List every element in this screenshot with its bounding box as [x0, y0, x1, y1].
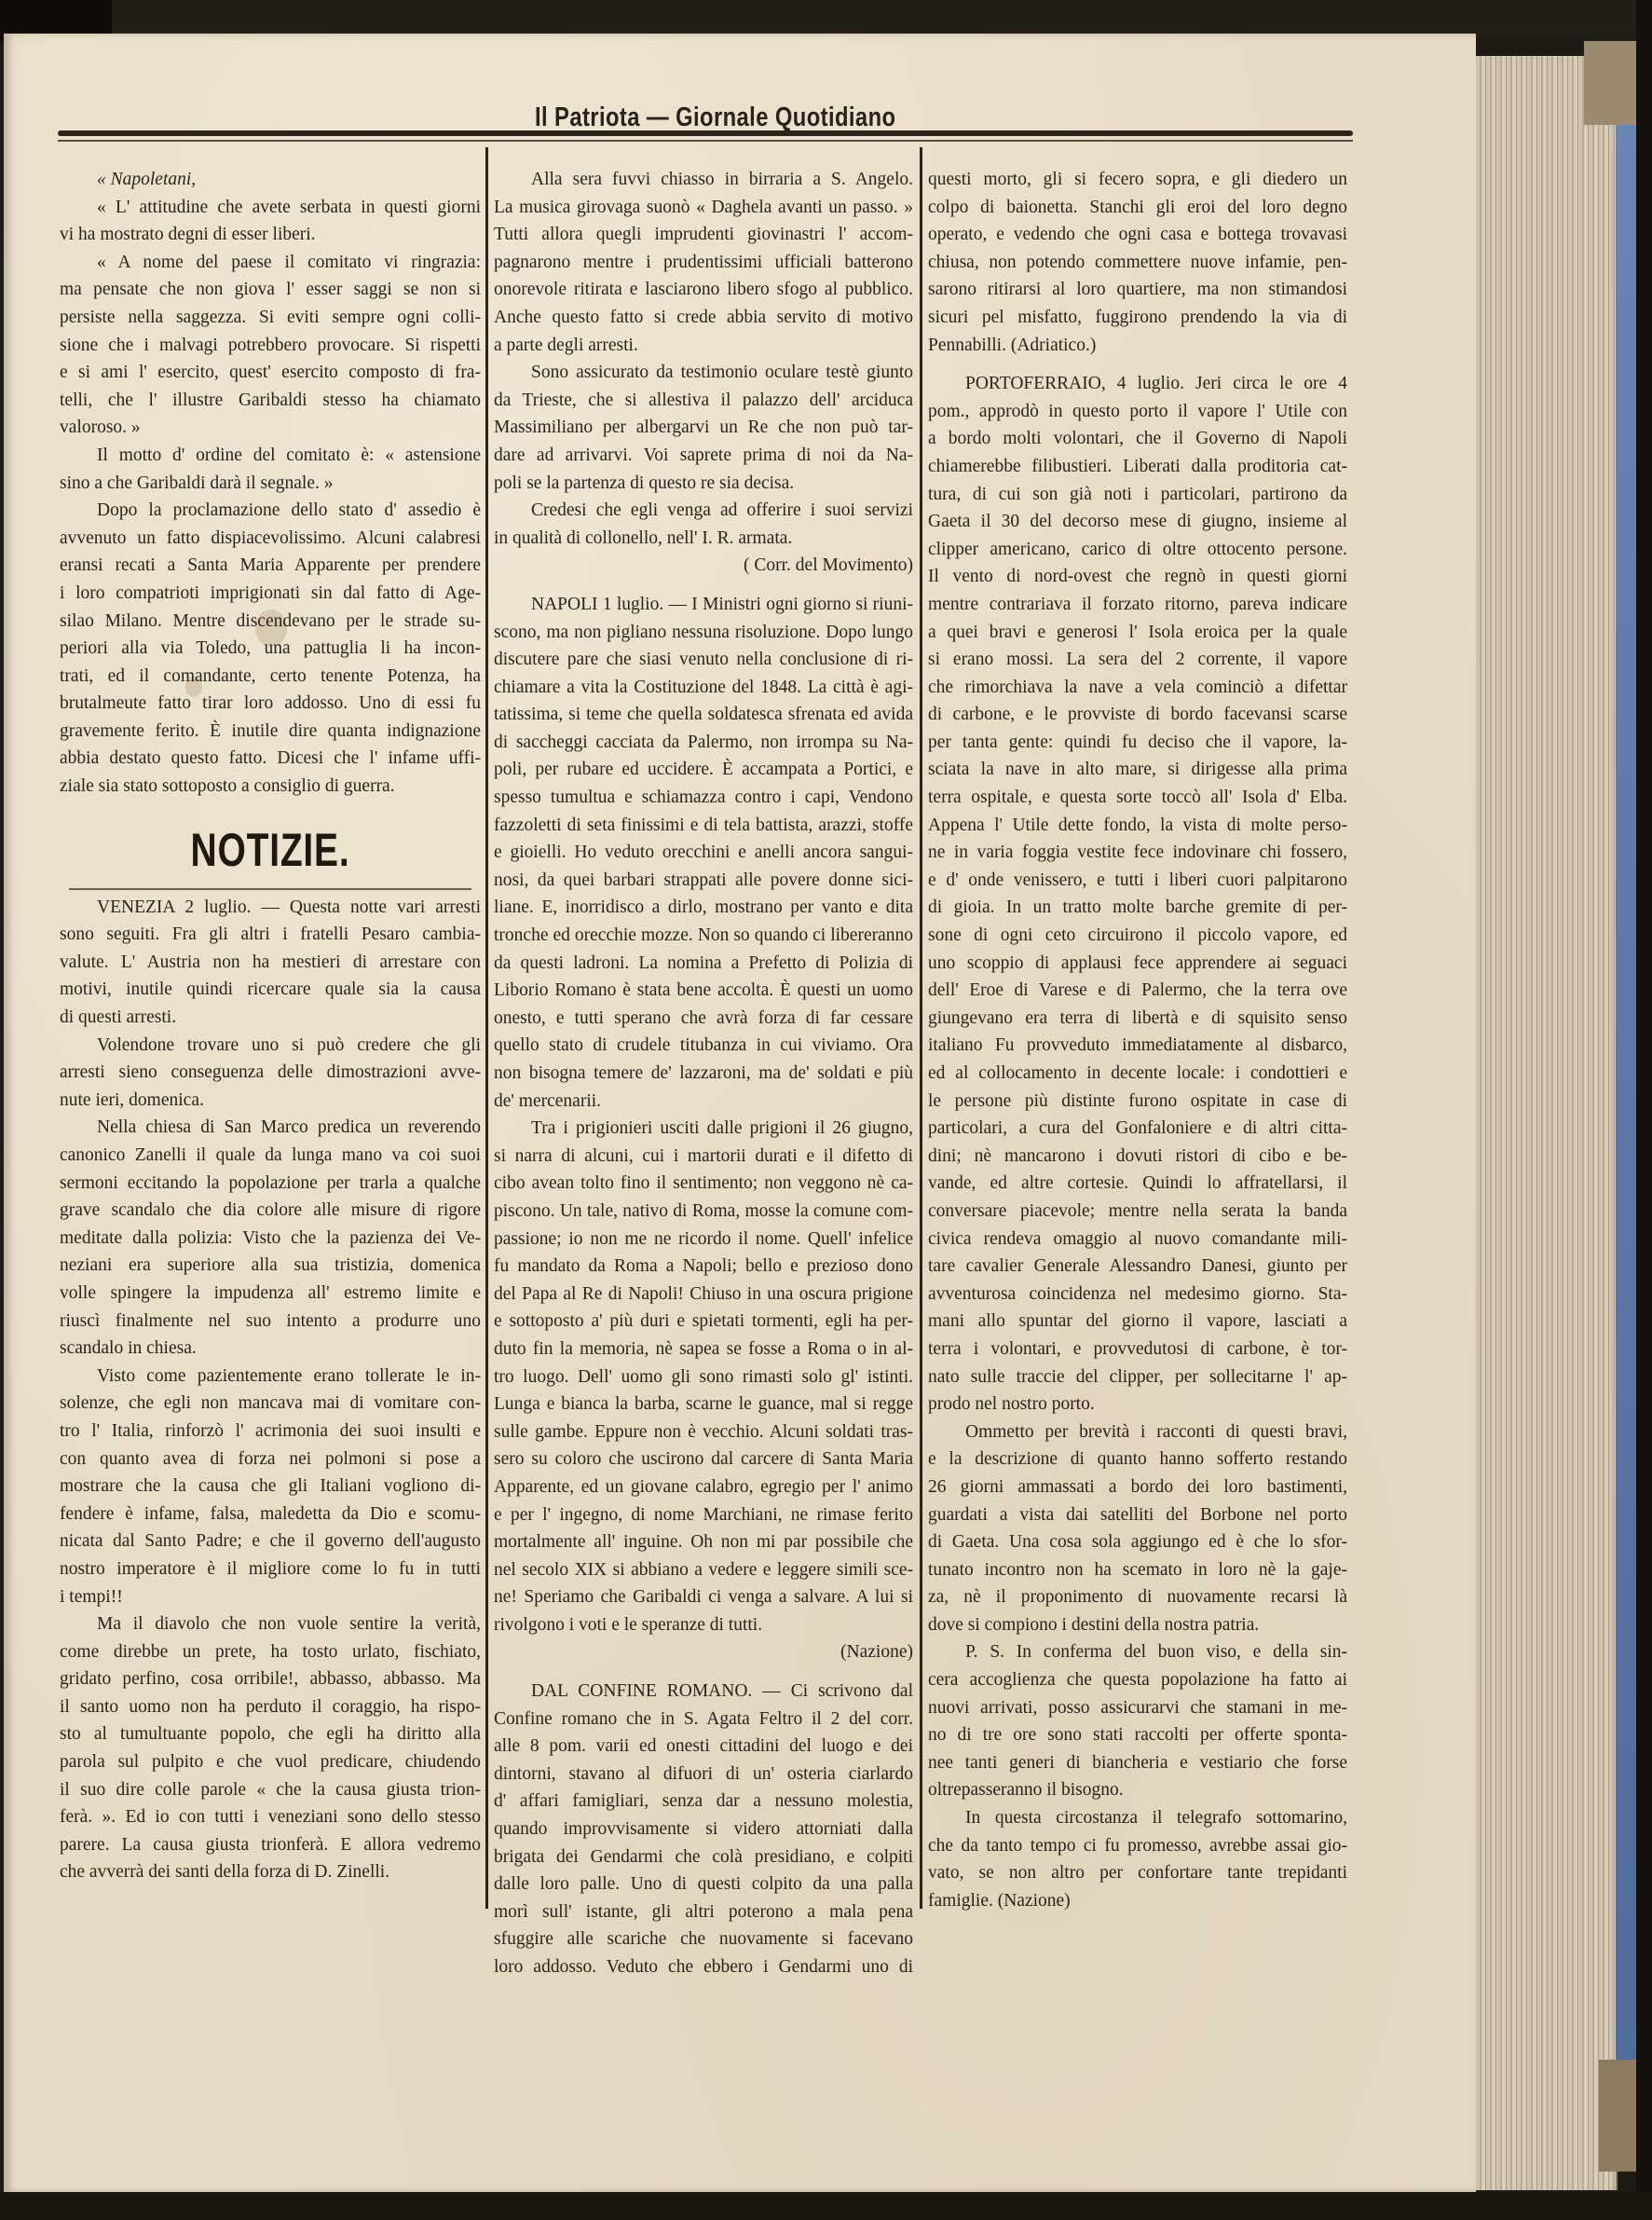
- text-line: famiglie. (Nazione): [928, 1887, 1347, 1915]
- text-line: persiste nella saggezza. Si eviti sempre…: [60, 304, 481, 332]
- text-line: Tra i prigionieri usciti dalle prigioni …: [494, 1115, 913, 1143]
- text-line: si narra di alcuni, cui i martorii durat…: [494, 1143, 913, 1171]
- text-line: Visto come pazientemente erano tollerate…: [60, 1363, 481, 1391]
- text-line: NAPOLI 1 luglio. — I Ministri ogni giorn…: [494, 591, 913, 619]
- text-line: dalle loro palle. Uno di questi colpito …: [494, 1871, 913, 1898]
- scan-frame-right: [1636, 0, 1652, 2220]
- text-line: nicata dal Santo Padre; e che il governo…: [60, 1528, 481, 1555]
- text-line: Massimiliano per albergarvi un Re che no…: [494, 414, 913, 442]
- text-line: brigata dei Gendarmi che colà presidiano…: [494, 1843, 913, 1871]
- text-line: Liborio Romano è stata bene accolta. È q…: [494, 977, 913, 1005]
- text-line: mostrare che la causa che gli Italiani v…: [60, 1473, 481, 1501]
- text-line: a quei bravi e generosi l' Isola eroica …: [928, 619, 1347, 647]
- text-line: sto al tumultuante popolo, che egli ha d…: [60, 1720, 481, 1748]
- text-line: di Gaeta. Una cosa sola aggiungo ed è ch…: [928, 1528, 1347, 1556]
- text-line: canonico Zanelli il quale da lunga mano …: [60, 1142, 481, 1170]
- text-line: dintorni, stavano al difuori di un' oste…: [494, 1761, 913, 1788]
- text-line: ferà. ». Ed io con tutti i veneziani son…: [60, 1803, 481, 1831]
- text-line: tro luogo. Dell' uomo gli sono rimasti s…: [494, 1364, 913, 1391]
- text-line: chiusa, non potendo commettere nuove inf…: [928, 249, 1347, 277]
- text-line: civica rendeva omaggio al nuovo comandan…: [928, 1226, 1347, 1254]
- text-line: « A nome del paese il comitato vi ringra…: [60, 249, 481, 277]
- text-line: vande, ed altre cortesie. Quindi lo affr…: [928, 1170, 1347, 1198]
- text-line: spesso tumultua e schiamazza contro i ca…: [494, 784, 913, 812]
- text-line: in qualità di collonello, nell' I. R. ar…: [494, 525, 913, 553]
- text-line: operato, e vedendo che ogni casa e botte…: [928, 221, 1347, 249]
- text-line: pagnarono mentre i prudentissimi ufficia…: [494, 249, 913, 277]
- text-line: duto fin la memoria, nè sapea se fosse a…: [494, 1336, 913, 1364]
- text-line: che avverrà dei santi della forza di D. …: [60, 1858, 481, 1886]
- text-line: Pennabilli. (Adriatico.): [928, 332, 1347, 360]
- text-line: italiano Fu provveduto immediatamente al…: [928, 1032, 1347, 1060]
- text-line: da Trieste, che si allestiva il palazzo …: [494, 387, 913, 415]
- text-line: d' affari famigliari, senza dar a nessun…: [494, 1788, 913, 1816]
- text-line: prodo nel nostro porto.: [928, 1391, 1347, 1418]
- text-line: trati, ed il comandante, certo tenente P…: [60, 663, 481, 691]
- text-line: Lunga e bianca la barba, scarne le guanc…: [494, 1391, 913, 1418]
- text-line: Appena l' Utile dette fondo, la vista di…: [928, 812, 1347, 840]
- text-line: il suo dire colle parole « che la causa …: [60, 1776, 481, 1804]
- text-line: passione; io non me ne ricordo il nome. …: [494, 1226, 913, 1254]
- text-line: e d' onde venissero, e tutti i liberi cu…: [928, 867, 1347, 895]
- text-line: Alla sera fuvvi chiasso in birraria a S.…: [494, 166, 913, 194]
- text-line: discutere pare che siasi venuto nella co…: [494, 646, 913, 674]
- text-line: colpo di baionetta. Stanchi gli eroi del…: [928, 194, 1347, 222]
- text-line: poli se la partenza di questo re sia dec…: [494, 470, 913, 498]
- text-line: avvenuto un fatto dispiacevolissimo. Alc…: [60, 525, 481, 553]
- text-line: sicuri pel misfatto, fuggirono prendendo…: [928, 304, 1347, 332]
- article-column-3: questi morto, gli si fecero sopra, e gli…: [928, 166, 1347, 1914]
- text-line: Anche questo fatto si crede abbia servit…: [494, 304, 913, 332]
- text-line: Credesi che egli venga ad offerire i suo…: [494, 497, 913, 525]
- text-line: « L' attitudine che avete serbata in que…: [60, 194, 481, 222]
- book-page-edges: [1476, 56, 1618, 2190]
- text-line: a bordo molti volontari, che il Governo …: [928, 425, 1347, 453]
- text-line: avventurosa coincidenza nel medesimo gio…: [928, 1281, 1347, 1309]
- text-line: sione che i malvagi potrebbero provocare…: [60, 332, 481, 360]
- text-line: scandalo in chiesa.: [60, 1335, 481, 1363]
- text-line: per tanta gente: quindi fu deciso che il…: [928, 729, 1347, 757]
- text-line: terra i volontari, e provvedutosi di car…: [928, 1336, 1347, 1364]
- text-line: nel secolo XIX si abbiano a vedere e leg…: [494, 1556, 913, 1584]
- text-line: Gaeta il 30 del decorso mese di giugno, …: [928, 508, 1347, 536]
- text-line: liane. E, inorridisco a dirlo, mostrano …: [494, 894, 913, 922]
- text-line: « Napoletani,: [60, 166, 481, 194]
- text-line: tatissima, si teme che quella soldatesca…: [494, 701, 913, 729]
- text-line: neziani era superiore alla sua tristizia…: [60, 1252, 481, 1280]
- text-line: parola sul pulpito e che vuol predicare,…: [60, 1748, 481, 1776]
- text-line: eransi recati a Santa Maria Apparente pe…: [60, 552, 481, 580]
- text-line: nato sulle traccie del clipper, per soll…: [928, 1364, 1347, 1391]
- text-line: loro addosso. Veduto che ebbero i Gendar…: [494, 1953, 913, 1981]
- text-line: sfuggire alle scariche che nuovamente si…: [494, 1925, 913, 1953]
- text-line: Nella chiesa di San Marco predica un rev…: [60, 1114, 481, 1142]
- book-cover-spine: [1616, 41, 1636, 2157]
- text-line: che da tanto tempo ci fu promesso, avreb…: [928, 1832, 1347, 1860]
- text-line: tronche ed orecchie mozze. Non so quando…: [494, 922, 913, 950]
- text-line: alle 8 pom. varii ed onesti cittadini de…: [494, 1733, 913, 1761]
- text-line: sone di ogni ceto circuirono il piccolo …: [928, 922, 1347, 950]
- text-line: Sono assicurato da testimonio oculare te…: [494, 359, 913, 387]
- text-line: terra ospitale, e questa sorte toccò all…: [928, 784, 1347, 812]
- text-line: quello stato di crudele titubanza in cui…: [494, 1032, 913, 1060]
- text-line: Il vento di nord-ovest che regnò in ques…: [928, 563, 1347, 591]
- text-line: sulle gambe. Eppure non è vecchio. Alcun…: [494, 1418, 913, 1446]
- text-line: ma pensate che non giova l' esser saggi …: [60, 276, 481, 304]
- text-line: dare ad arrivarvi. Voi saprete prima di …: [494, 442, 913, 470]
- text-line: vi ha mostrato degni di esser liberi.: [60, 221, 481, 249]
- text-line: pom., approdò in questo porto il vapore …: [928, 398, 1347, 426]
- text-line: e sottoposto a' più duri e spietati torm…: [494, 1308, 913, 1336]
- text-line: cibo avean tolto fino il sentimento; non…: [494, 1170, 913, 1198]
- text-line: PORTOFERRAIO, 4 luglio. Jeri circa le or…: [928, 370, 1347, 398]
- text-line: non bisogna temere de' lazzaroni, ma de'…: [494, 1060, 913, 1088]
- text-line: sarono ritirarsi al loro quartiere, ma n…: [928, 276, 1347, 304]
- text-line: valoroso. »: [60, 414, 481, 442]
- text-line: gridato perfino, cosa orribile!, abbasso…: [60, 1665, 481, 1693]
- text-line: onesto, e tutti sperano che avrà forza d…: [494, 1005, 913, 1033]
- text-line: a parte degli arresti.: [494, 332, 913, 360]
- masthead-title: Il Patriota — Giornale Quotidiano: [535, 103, 895, 133]
- text-line: si erano mossi. La sera del 2 corrente, …: [928, 646, 1347, 674]
- text-line: fendere è infame, falsa, maledetta da Di…: [60, 1501, 481, 1528]
- text-line: le persone più distinte furono ospitate …: [928, 1088, 1347, 1116]
- block-gap: [494, 1666, 913, 1678]
- text-line: ne! Speriamo che Garibaldi ci venga a sa…: [494, 1583, 913, 1611]
- text-line: silao Milano. Mentre discendevano per le…: [60, 608, 481, 636]
- text-line: e per l' ingegno, di nome Marchiani, ne …: [494, 1501, 913, 1529]
- text-line: mentre contrariava il forzato ritorno, p…: [928, 591, 1347, 619]
- text-line: i loro compatrioti imprigionati sin dal …: [60, 580, 481, 608]
- text-line: quando improvvisamente si videro attorni…: [494, 1816, 913, 1843]
- text-line: dini; nè mancarono i dovuti ristori di c…: [928, 1143, 1347, 1171]
- text-line: ne in varia foggia vestite fece indovina…: [928, 839, 1347, 867]
- article-column-2: Alla sera fuvvi chiasso in birraria a S.…: [494, 166, 913, 1981]
- text-line: che rimorchiava la nave a vela cominciò …: [928, 674, 1347, 702]
- text-line: DAL CONFINE ROMANO. — Ci scrivono dal: [494, 1678, 913, 1706]
- text-line: e la descrizione di quanto hanno soffert…: [928, 1446, 1347, 1473]
- text-line: di questi arresti.: [60, 1004, 481, 1032]
- text-line: mortalmente all' inguine. Oh non mi par …: [494, 1528, 913, 1556]
- article-column-1: « Napoletani,« L' attitudine che avete s…: [60, 166, 481, 1886]
- text-line: di carbone, e le provviste di bordo face…: [928, 701, 1347, 729]
- text-line: Ma il diavolo che non vuole sentire la v…: [60, 1610, 481, 1638]
- text-line: particolari, a cura del Gonfaloniere e d…: [928, 1115, 1347, 1143]
- text-line: di gioia. In un tratto molte barche grem…: [928, 894, 1347, 922]
- text-line: ( Corr. del Movimento): [494, 552, 913, 580]
- text-line: morì sull' istante, gli altri poterono a…: [494, 1898, 913, 1926]
- text-line: nostro imperatore è il migliore come lo …: [60, 1555, 481, 1583]
- text-line: periori alla via Toledo, una pattuglia l…: [60, 635, 481, 663]
- text-line: scono, ma non pigliano nessuna risoluzio…: [494, 619, 913, 647]
- text-line: come direbbe un prete, ha tosto urlato, …: [60, 1638, 481, 1666]
- section-heading: NOTIZIE.: [106, 817, 435, 883]
- text-line: In questa circostanza il telegrafo sotto…: [928, 1804, 1347, 1832]
- text-line: ed al collocamento in decente locale: i …: [928, 1060, 1347, 1088]
- text-line: chiamerebbe filibustieri. Liberati dalla…: [928, 453, 1347, 481]
- text-line: meditate dalla polizia: Visto che la paz…: [60, 1225, 481, 1253]
- text-line: di saccheggi cacciata da Palermo, non ir…: [494, 729, 913, 757]
- text-line: poli, per rubare ed uccidere. È accampat…: [494, 756, 913, 784]
- text-line: grave scandalo che dia colore alle misur…: [60, 1197, 481, 1225]
- text-line: rivolgono i voti e le speranze di tutti.: [494, 1611, 913, 1639]
- text-line: riuscì finalmente nel suo intento a prod…: [60, 1308, 481, 1336]
- text-line: oltrepasseranno il bisogno.: [928, 1776, 1347, 1804]
- text-line: tare cavalier Generale Alessandro Danesi…: [928, 1253, 1347, 1281]
- text-line: tunato incontro non ha scemato in loro n…: [928, 1556, 1347, 1584]
- text-line: 26 giorni ammassati a bordo dei loro bas…: [928, 1473, 1347, 1501]
- text-line: nute ieri, domenica.: [60, 1087, 481, 1115]
- text-line: (Nazione): [494, 1638, 913, 1666]
- scan-frame-bottom: [0, 2192, 1652, 2220]
- text-line: telli, che l' illustre Garibaldi stesso …: [60, 387, 481, 415]
- book-cover-corner-top: [1584, 41, 1636, 125]
- text-line: Ommetto per brevità i racconti di questi…: [928, 1418, 1347, 1446]
- text-line: Volendone trovare uno si può credere che…: [60, 1032, 481, 1060]
- text-line: Tutti allora quegli imprudenti giovinast…: [494, 221, 913, 249]
- text-line: e si ami l' esercito, quest' esercito co…: [60, 359, 481, 387]
- text-line: VENEZIA 2 luglio. — Questa notte vari ar…: [60, 894, 481, 922]
- text-line: ziale sia stato sottoposto a consiglio d…: [60, 773, 481, 801]
- text-line: il santo uomo non ha perduto il coraggio…: [60, 1693, 481, 1721]
- masthead-rule-thick: [58, 130, 1353, 136]
- text-line: e gioielli. Ho veduto orecchini e anelli…: [494, 839, 913, 867]
- text-line: nee tanti generi di biancheria e vestiar…: [928, 1749, 1347, 1777]
- text-line: uno scoppio di applausi fece apprendere …: [928, 950, 1347, 978]
- text-line: chiamare a vita la Costituzione del 1848…: [494, 674, 913, 702]
- text-line: Confine romano che in S. Agata Feltro il…: [494, 1706, 913, 1734]
- text-line: guardati a vista dai satelliti del Borbo…: [928, 1501, 1347, 1529]
- block-gap: [928, 359, 1347, 370]
- text-line: tura, di cui son già noti i particolari,…: [928, 481, 1347, 509]
- text-line: clipper americano, carico di oltre ottoc…: [928, 536, 1347, 564]
- block-gap: [494, 580, 913, 591]
- text-line: Dopo la proclamazione dello stato d' ass…: [60, 497, 481, 525]
- text-line: nosi, da quei barbari strappati alle pov…: [494, 867, 913, 895]
- column-divider-1: [485, 147, 488, 1909]
- text-line: motivi, inutile quindi ricercare quale s…: [60, 976, 481, 1004]
- masthead-rule-thin: [58, 140, 1353, 142]
- book-cover-corner-bottom: [1599, 2060, 1640, 2172]
- text-line: mani allo spuntar del giorno il vapore, …: [928, 1308, 1347, 1336]
- text-line: con quanto avea di forza nei polmoni si …: [60, 1446, 481, 1473]
- text-line: brutalmeute fatto tirar loro addosso. Un…: [60, 690, 481, 718]
- text-line: abbia destato questo fatto. Dicesi che l…: [60, 745, 481, 773]
- text-line: parere. La causa giusta trionferà. E all…: [60, 1831, 481, 1859]
- text-line: La musica girovaga suonò « Daghela avant…: [494, 194, 913, 222]
- text-line: sermoni eccitando la popolazione per tra…: [60, 1170, 481, 1198]
- text-line: sino a che Garibaldi darà il segnale. »: [60, 470, 481, 498]
- text-line: giungevano era terra di libertà e di squ…: [928, 1005, 1347, 1033]
- text-line: nuovi arrivati, posso assicurarvi che st…: [928, 1694, 1347, 1722]
- text-line: conversare piacevole; mentre nella serat…: [928, 1198, 1347, 1226]
- text-line: tro l' Italia, rinforzò l' acrimonia dei…: [60, 1418, 481, 1446]
- text-line: vato, se non altro per confortare tante …: [928, 1859, 1347, 1887]
- text-line: i tempi!!: [60, 1583, 481, 1611]
- text-line: volle spingere la impudenza all' estremo…: [60, 1280, 481, 1308]
- text-line: dell' Eroe di Varese e di Palermo, che l…: [928, 977, 1347, 1005]
- text-line: Apparente, ed un giovane calabro, egregi…: [494, 1473, 913, 1501]
- text-line: fu mandato da Roma a Napoli; bello e pre…: [494, 1253, 913, 1281]
- scan-frame-top: [0, 0, 1652, 35]
- text-line: valute. L' Austria non ha mestieri di ar…: [60, 949, 481, 977]
- text-line: arresti sieno conseguenza delle dimostra…: [60, 1059, 481, 1087]
- text-line: fazzoletti di seta finissimi e di tela b…: [494, 812, 913, 840]
- text-line: gravemente ferito. È inutile dire quanta…: [60, 718, 481, 746]
- text-line: da questi ladroni. La nomina a Prefetto …: [494, 950, 913, 978]
- text-line: piscono. Un tale, nativo di Roma, mosse …: [494, 1198, 913, 1226]
- text-line: solenze, che egli non mancava mai di vom…: [60, 1390, 481, 1418]
- text-line: za, nè il proponimento di nuovamente rec…: [928, 1583, 1347, 1611]
- text-line: sono seguiti. Fra gli altri i fratelli P…: [60, 921, 481, 949]
- text-line: de' mercenarii.: [494, 1088, 913, 1116]
- text-line: onorevole ritirata e lasciarono libero s…: [494, 276, 913, 304]
- text-line: cera accoglienza che questa popolazione …: [928, 1666, 1347, 1694]
- section-rule: [69, 888, 471, 890]
- text-line: sciata la nave in alto mare, si dirigess…: [928, 756, 1347, 784]
- text-line: Il motto d' ordine del comitato è: « ast…: [60, 442, 481, 470]
- text-line: dove si compiono i destini della nostra …: [928, 1611, 1347, 1639]
- text-line: sero su coloro che uscirono dal carcere …: [494, 1446, 913, 1473]
- text-line: questi morto, gli si fecero sopra, e gli…: [928, 166, 1347, 194]
- text-line: no di tre ore sono stati raccolti per of…: [928, 1721, 1347, 1749]
- text-line: del Papa al Re di Napoli! Chiuso in una …: [494, 1281, 913, 1309]
- column-divider-2: [920, 147, 922, 1909]
- text-line: P. S. In conferma del buon viso, e della…: [928, 1638, 1347, 1666]
